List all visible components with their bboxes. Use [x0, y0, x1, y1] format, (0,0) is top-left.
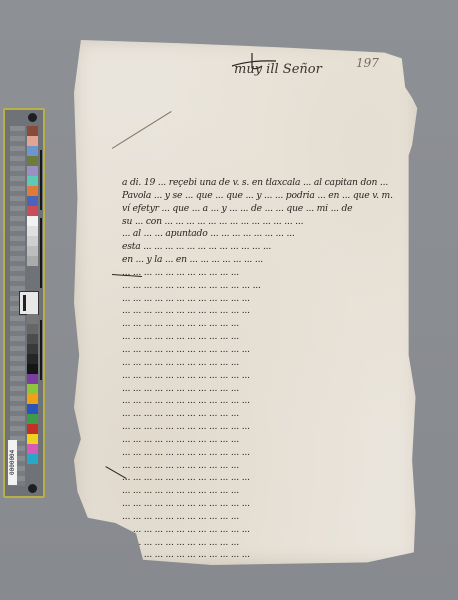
letter-heading: muy ill Señor: [234, 62, 322, 77]
manuscript-line: ... ... ... ... ... ... ... ... ... ... …: [122, 434, 412, 447]
density-stripe: [40, 218, 42, 288]
letter-body: a di. 19 ... reçebi una de v. s. en tlax…: [122, 177, 412, 588]
folio-number: 197: [356, 56, 379, 70]
manuscript-line: ... ... ... ... ... ... ... ... ... ... …: [122, 395, 412, 408]
manuscript-line: ... ... ... ... ... ... ... ... ... ... …: [122, 318, 412, 331]
color-patch: [27, 196, 38, 206]
manuscript-line: Pavola ... y se ... que ... que ... y ..…: [122, 190, 412, 203]
density-stripe: [40, 320, 42, 380]
manuscript-line: ... ... ... ... ... ... ... ... ... ... …: [122, 331, 412, 344]
manuscript-line: ... ... ... ... ... ... ... ... ... ... …: [122, 357, 412, 370]
margin-slash: [112, 111, 172, 149]
manuscript-line: ... ... ... ... ... ... ... ... ... ... …: [122, 293, 412, 306]
color-patch: [27, 414, 38, 424]
manuscript-line: ... ... ... ... ... ... ... ... ... ... …: [122, 370, 412, 383]
manuscript-line: ... ... ... ... ... ... ... ... ... ... …: [122, 383, 412, 396]
manuscript-line: ... ... ... ... ... ... ... ... ... ... …: [122, 537, 412, 550]
color-patch: [27, 186, 38, 196]
manuscript-line: esta ... ... ... ... ... ... ... ... ...…: [122, 241, 412, 254]
color-patch: [27, 424, 38, 434]
color-patch: [27, 156, 38, 166]
manuscript-line: ... ... ... ... ... ... ... ... ... ... …: [122, 575, 412, 588]
manuscript-line: a di. 19 ... reçebi una de v. s. en tlax…: [122, 177, 412, 190]
manuscript-line: su ... con ... ... ... ... ... ... ... .…: [122, 216, 412, 229]
manuscript-line: ... ... ... ... ... ... ... ... ... ... …: [122, 447, 412, 460]
manuscript-line: en ... y la ... en ... ... ... ... ... .…: [122, 254, 412, 267]
manuscript-line: ... ... ... ... ... ... ... ... ... ... …: [122, 460, 412, 473]
color-patch: [27, 216, 38, 226]
manuscript-line: ... ... ... ... ... ... ... ... ... ... …: [122, 549, 412, 562]
color-patch: [27, 404, 38, 414]
manuscript-line: ví efetyr ... que ... a ... y ... ... de…: [122, 203, 412, 216]
density-stripe: [40, 150, 42, 210]
color-patch: [27, 454, 38, 464]
color-patch: [27, 444, 38, 454]
color-patch: [27, 434, 38, 444]
color-patch: [27, 166, 38, 176]
color-patch: [27, 374, 38, 384]
manuscript-line: ... ... ... ... ... ... ... ... ... ... …: [122, 421, 412, 434]
punch-hole-icon: [28, 113, 37, 122]
color-patch: [27, 394, 38, 404]
color-patch: [27, 126, 38, 136]
manuscript-line: ... ... ... ... ... ... ... ... ... ... …: [122, 472, 412, 485]
color-patch: [27, 246, 38, 256]
scan-viewer: 0000004 muy ill Señor 197 a di. 19 ... r…: [0, 0, 458, 600]
manuscript-line: ... ... ... ... ... ... ... ... ... ... …: [122, 485, 412, 498]
color-patches-top: [27, 126, 38, 266]
manuscript-line: ... ... ... ... ... ... ... ... ... ... …: [122, 267, 412, 280]
color-patch: [27, 314, 38, 324]
color-patch: [27, 206, 38, 216]
manuscript-line: ... ... ... ... ... ... ... ... ... ... …: [122, 344, 412, 357]
color-calibration-bar: 0000004: [3, 108, 45, 498]
manuscript-line: ... ... ... ... ... ... ... ... ... ... …: [122, 498, 412, 511]
color-patch: [27, 384, 38, 394]
color-patch: [27, 146, 38, 156]
punch-hole-icon: [28, 484, 37, 493]
manuscript-line: ... ... ... ... ... ... ... ... ... ... …: [122, 524, 412, 537]
resolution-target: [19, 291, 39, 315]
manuscript-line: ... ... ... ... ... ... ... ... ... ... …: [122, 305, 412, 318]
color-patch: [27, 256, 38, 266]
manuscript-line: ... ... ... ... ... ... ... ... ... ... …: [122, 562, 412, 575]
color-patches-bottom: [27, 314, 38, 464]
color-patch: [27, 236, 38, 246]
manuscript-page: muy ill Señor 197 a di. 19 ... reçebi un…: [74, 40, 419, 565]
color-patch: [27, 324, 38, 334]
color-patch: [27, 334, 38, 344]
color-patch: [27, 354, 38, 364]
manuscript-line: ... al ... ... apuntado ... ... ... ... …: [122, 228, 412, 241]
color-patch: [27, 176, 38, 186]
barcode-label: 0000004: [8, 440, 17, 485]
manuscript-line: ... ... ... ... ... ... ... ... ... ... …: [122, 511, 412, 524]
color-patch: [27, 226, 38, 236]
manuscript-line: ... ... ... ... ... ... ... ... ... ... …: [122, 280, 412, 293]
color-patch: [27, 136, 38, 146]
color-patch: [27, 344, 38, 354]
color-patch: [27, 364, 38, 374]
manuscript-line: ... ... ... ... ... ... ... ... ... ... …: [122, 408, 412, 421]
